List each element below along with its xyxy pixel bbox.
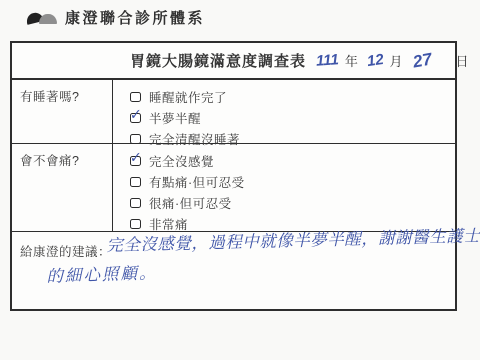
day-label: 日 (455, 51, 468, 70)
suggestion-row: 給康澄的建議： 完全沒感覺，過程中就像半夢半醒，謝謝醫生護士 的細心照顧。 (12, 232, 455, 308)
question-row-pain: 會不會痛? 完全沒感覺 有點痛·但可忍受 很痛·但可忍受 非常痛 (12, 144, 455, 232)
question-label-sleep: 有睡著嗎? (12, 80, 113, 143)
option-label: 有點痛·但可忍受 (149, 173, 245, 191)
handwritten-year: 111 (315, 51, 339, 70)
clinic-name: 康澄聯合診所體系 (65, 7, 205, 28)
month-label: 月 (390, 51, 403, 70)
option-half-asleep: 半夢半醒 (130, 107, 455, 128)
clinic-header: 康澄聯合診所體系 (26, 7, 205, 28)
handwritten-month: 12 (366, 51, 385, 70)
clinic-logo-icon (26, 10, 58, 26)
checkbox-unchecked[interactable] (130, 134, 141, 144)
option-label: 完全沒感覺 (149, 152, 214, 170)
form-title-row: 胃鏡大腸鏡滿意度調查表 111 年 12 月 27 日 (12, 43, 455, 80)
form-title: 胃鏡大腸鏡滿意度調查表 (130, 50, 306, 71)
check-mark-icon (130, 106, 146, 122)
logo-gray-dome-icon (39, 14, 57, 24)
option-slight-pain: 有點痛·但可忍受 (130, 171, 455, 192)
year-label: 年 (345, 51, 358, 70)
checkbox-unchecked[interactable] (130, 92, 141, 102)
question-label-pain: 會不會痛? (12, 144, 113, 231)
checkbox-checked[interactable] (130, 113, 141, 123)
checkbox-unchecked[interactable] (130, 219, 141, 229)
option-label: 半夢半醒 (149, 109, 201, 127)
checkbox-unchecked[interactable] (130, 198, 141, 208)
option-woke-up-done: 睡醒就作完了 (130, 86, 455, 107)
survey-form-table: 胃鏡大腸鏡滿意度調查表 111 年 12 月 27 日 有睡著嗎? 睡醒就作完了… (10, 41, 457, 311)
option-label: 睡醒就作完了 (149, 88, 227, 106)
question-options-sleep: 睡醒就作完了 半夢半醒 完全清醒沒睡著 (113, 80, 455, 143)
checkbox-checked[interactable] (130, 156, 141, 166)
question-row-sleep: 有睡著嗎? 睡醒就作完了 半夢半醒 完全清醒沒睡著 (12, 80, 455, 144)
suggestion-label: 給康澄的建議： (20, 242, 111, 260)
checkbox-unchecked[interactable] (130, 177, 141, 187)
option-very-painful-bearable: 很痛·但可忍受 (130, 192, 455, 213)
option-label: 很痛·但可忍受 (149, 194, 232, 212)
handwritten-suggestion-line-2: 的細心照顧。 (46, 259, 158, 287)
handwritten-day: 27 (411, 49, 433, 72)
question-options-pain: 完全沒感覺 有點痛·但可忍受 很痛·但可忍受 非常痛 (113, 144, 455, 231)
option-no-feeling: 完全沒感覺 (130, 150, 455, 171)
check-mark-icon (130, 149, 146, 165)
